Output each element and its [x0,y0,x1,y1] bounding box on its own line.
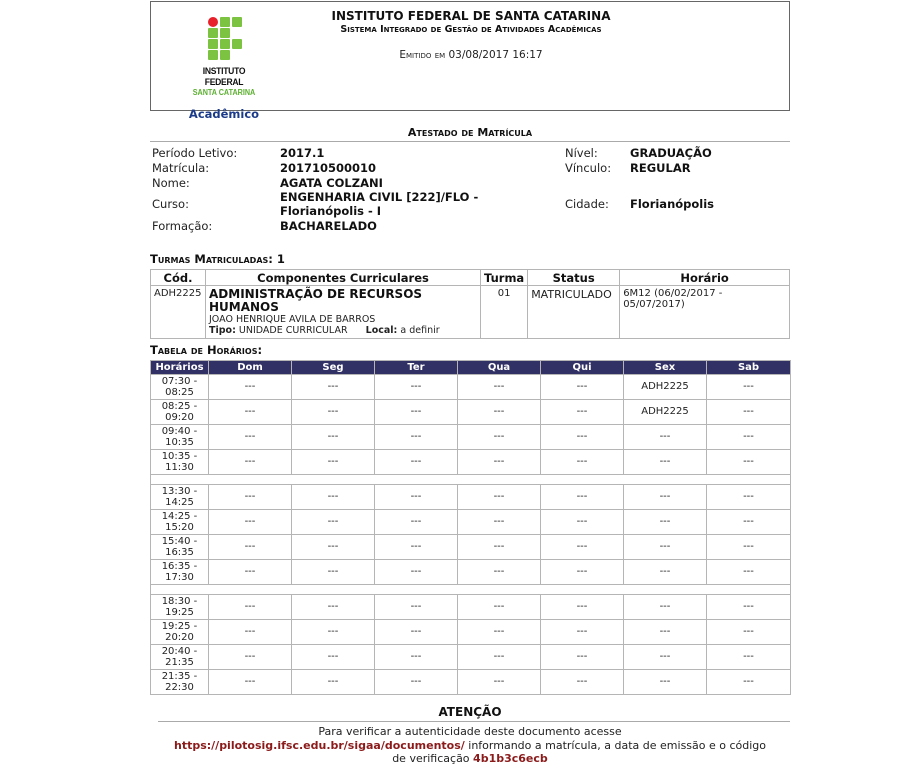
institution-title: INSTITUTO FEDERAL DE SANTA CATARINA [281,9,661,23]
cidade-label: Cidade: [565,197,609,212]
curso-value-line1: ENGENHARIA CIVIL [222]/FLO - [280,190,478,205]
schedule-cell: --- [292,645,375,670]
schedule-cell: --- [541,400,624,425]
tipo-value: UNIDADE CURRICULAR [239,325,348,336]
schedule-cell: --- [458,375,541,400]
time-slot-end: 21:35 [165,657,194,668]
attention-text: Para verificar a autenticidade deste doc… [150,725,790,766]
schedule-cell: --- [707,400,791,425]
schedule-cell: --- [707,670,791,695]
schedule-cell: --- [624,620,707,645]
schedule-cell: --- [541,560,624,585]
schedule-cell: --- [541,645,624,670]
schedule-cell: --- [375,375,458,400]
time-slot-end: 10:35 [165,437,194,448]
curso-value-line2: Florianópolis - I [280,204,381,219]
periodo-label: Período Letivo: [152,146,237,161]
turma-status: MATRICULADO [528,286,620,339]
system-title: Sistema Integrado de Gestão de Atividade… [261,24,681,35]
matricula-value: 201710500010 [280,161,376,176]
schedule-cell: --- [541,620,624,645]
schedule-cell: --- [707,450,791,475]
time-slot: 15:40 -16:35 [151,535,209,560]
ifsc-logo: INSTITUTO FEDERAL SANTA CATARINA Acadêmi… [179,17,269,121]
schedule-cell: ADH2225 [624,375,707,400]
table-row: 07:30 -08:25---------------ADH2225--- [151,375,791,400]
schedule-cell: --- [209,485,292,510]
schedule-cell: --- [624,485,707,510]
schedule-cell: --- [375,485,458,510]
schedule-cell: --- [707,595,791,620]
time-slot: 19:25 -20:20 [151,620,209,645]
time-slot-start: 15:40 - [162,536,198,547]
module-name: Acadêmico [179,107,269,121]
formacao-value: BACHARELADO [280,219,377,234]
attention-divider [158,721,790,722]
schedule-cell: --- [292,535,375,560]
schedule-cell: --- [541,485,624,510]
schedule-cell: --- [458,560,541,585]
schedule-cell: --- [541,375,624,400]
table-row: 13:30 -14:25--------------------- [151,485,791,510]
matricula-label: Matrícula: [152,161,209,176]
verification-code: 4b1b3c6ecb [473,752,548,765]
time-slot-end: 09:20 [165,412,194,423]
schedule-cell: --- [458,595,541,620]
schedule-cell: --- [541,425,624,450]
time-slot: 21:35 -22:30 [151,670,209,695]
col-componentes: Componentes Curriculares [206,270,481,286]
schedule-cell: --- [375,670,458,695]
col-day-qua: Qua [458,361,541,375]
document-header: INSTITUTO FEDERAL SANTA CATARINA Acadêmi… [150,1,790,111]
schedule-cell: --- [707,620,791,645]
col-horario: Horário [620,270,790,286]
emission-date: Emitido em 03/08/2017 16:17 [281,49,661,61]
schedule-cell: --- [375,510,458,535]
vinculo-value: REGULAR [630,161,691,176]
local-value: a definir [400,325,439,336]
schedule-cell: --- [209,450,292,475]
schedule-cell: --- [707,375,791,400]
table-row: ADH2225 ADMINISTRAÇÃO DE RECURSOS HUMANO… [151,286,790,339]
local-label: Local: [366,325,398,336]
table-row: 20:40 -21:35--------------------- [151,645,791,670]
schedule-gap-row [151,475,791,485]
turmas-table: Cód. Componentes Curriculares Turma Stat… [150,269,790,339]
schedule-cell: --- [375,425,458,450]
schedule-table: HoráriosDomSegTerQuaQuiSexSab 07:30 -08:… [150,360,791,695]
nivel-label: Nível: [565,146,598,161]
table-row: 16:35 -17:30--------------------- [151,560,791,585]
schedule-gap-cell [151,475,791,485]
schedule-cell: --- [292,400,375,425]
ifsc-logo-icon [208,17,243,61]
time-slot-end: 16:35 [165,547,194,558]
schedule-cell: --- [458,645,541,670]
time-slot-start: 14:25 - [162,511,198,522]
schedule-cell: --- [292,375,375,400]
schedule-cell: --- [209,510,292,535]
schedule-cell: --- [624,535,707,560]
time-slot: 14:25 -15:20 [151,510,209,535]
schedule-cell: --- [375,645,458,670]
table-row: 21:35 -22:30--------------------- [151,670,791,695]
time-slot-start: 19:25 - [162,621,198,632]
schedule-cell: --- [292,595,375,620]
schedule-cell: --- [458,400,541,425]
schedule-cell: --- [624,425,707,450]
schedule-cell: --- [707,485,791,510]
cidade-value: Florianópolis [630,197,714,212]
table-row: 08:25 -09:20---------------ADH2225--- [151,400,791,425]
schedule-cell: --- [541,595,624,620]
time-slot-end: 11:30 [165,462,194,473]
time-slot-end: 08:25 [165,387,194,398]
periodo-value: 2017.1 [280,146,324,161]
logo-institution-sub: SANTA CATARINA [184,88,265,97]
schedule-cell: --- [624,645,707,670]
schedule-cell: --- [209,425,292,450]
schedule-cell: ADH2225 [624,400,707,425]
schedule-cell: --- [292,425,375,450]
time-slot: 09:40 -10:35 [151,425,209,450]
turma-horario: 6M12 (06/02/2017 - 05/07/2017) [620,286,790,339]
col-horarios: Horários [151,361,209,375]
componente-meta: Tipo: UNIDADE CURRICULAR Local: a defini… [209,325,477,336]
time-slot: 16:35 -17:30 [151,560,209,585]
table-row: 09:40 -10:35--------------------- [151,425,791,450]
turma-componente: ADMINISTRAÇÃO DE RECURSOS HUMANOS JOAO H… [206,286,481,339]
col-day-sab: Sab [707,361,791,375]
turma-numero: 01 [481,286,528,339]
table-row: 18:30 -19:25--------------------- [151,595,791,620]
schedule-cell: --- [209,400,292,425]
schedule-cell: --- [375,535,458,560]
schedule-cell: --- [375,595,458,620]
curso-label: Curso: [152,197,189,212]
schedule-cell: --- [209,560,292,585]
schedule-cell: --- [707,510,791,535]
schedule-cell: --- [292,560,375,585]
schedule-cell: --- [375,400,458,425]
time-slot: 20:40 -21:35 [151,645,209,670]
schedule-cell: --- [624,450,707,475]
schedule-cell: --- [458,425,541,450]
schedule-header-row: HoráriosDomSegTerQuaQuiSexSab [151,361,791,375]
col-status: Status [528,270,620,286]
turmas-header-row: Cód. Componentes Curriculares Turma Stat… [151,270,790,286]
schedule-cell: --- [292,510,375,535]
schedule-gap-row [151,585,791,595]
tipo-label: Tipo: [209,325,236,336]
formacao-label: Formação: [152,219,212,234]
schedule-cell: --- [458,535,541,560]
schedule-title: Tabela de Horários: [150,343,262,357]
time-slot-start: 08:25 - [162,401,198,412]
turmas-title: Turmas Matriculadas: 1 [150,252,285,266]
table-row: 15:40 -16:35--------------------- [151,535,791,560]
schedule-cell: --- [375,560,458,585]
schedule-cell: --- [624,510,707,535]
time-slot: 07:30 -08:25 [151,375,209,400]
schedule-cell: --- [458,510,541,535]
schedule-cell: --- [209,595,292,620]
schedule-cell: --- [292,450,375,475]
col-day-qui: Qui [541,361,624,375]
time-slot-start: 20:40 - [162,646,198,657]
schedule-cell: --- [209,375,292,400]
col-day-dom: Dom [209,361,292,375]
time-slot-start: 07:30 - [162,376,198,387]
schedule-cell: --- [209,535,292,560]
schedule-cell: --- [209,645,292,670]
time-slot: 08:25 -09:20 [151,400,209,425]
schedule-cell: --- [292,620,375,645]
col-turma: Turma [481,270,528,286]
verification-url-link[interactable]: https://pilotosig.ifsc.edu.br/sigaa/docu… [174,739,465,752]
document-title: Atestado de Matrícula [150,126,790,142]
time-slot-start: 21:35 - [162,671,198,682]
schedule-cell: --- [624,595,707,620]
schedule-cell: --- [707,535,791,560]
time-slot-end: 19:25 [165,607,194,618]
schedule-cell: --- [375,450,458,475]
componente-name: ADMINISTRAÇÃO DE RECURSOS HUMANOS [209,288,477,314]
schedule-cell: --- [458,485,541,510]
vinculo-label: Vínculo: [565,161,611,176]
nivel-value: GRADUAÇÃO [630,146,712,161]
col-day-ter: Ter [375,361,458,375]
time-slot: 13:30 -14:25 [151,485,209,510]
schedule-cell: --- [541,510,624,535]
time-slot-start: 16:35 - [162,561,198,572]
schedule-cell: --- [209,620,292,645]
logo-institution-name: INSTITUTO FEDERAL [184,66,265,88]
time-slot-end: 20:20 [165,632,194,643]
schedule-cell: --- [375,620,458,645]
schedule-cell: --- [707,645,791,670]
col-day-seg: Seg [292,361,375,375]
schedule-cell: --- [209,670,292,695]
schedule-cell: --- [458,450,541,475]
schedule-cell: --- [624,670,707,695]
schedule-cell: --- [458,620,541,645]
schedule-cell: --- [541,450,624,475]
schedule-cell: --- [458,670,541,695]
time-slot-end: 15:20 [165,522,194,533]
table-row: 10:35 -11:30--------------------- [151,450,791,475]
attention-line2: informando a matrícula, a data de emissã… [465,739,766,752]
table-row: 14:25 -15:20--------------------- [151,510,791,535]
table-row: 19:25 -20:20--------------------- [151,620,791,645]
attention-line1: Para verificar a autenticidade deste doc… [318,725,621,738]
nome-value: AGATA COLZANI [280,176,383,191]
schedule-cell: --- [292,485,375,510]
schedule-gap-cell [151,585,791,595]
schedule-cell: --- [541,535,624,560]
time-slot-start: 09:40 - [162,426,198,437]
componente-professor: JOAO HENRIQUE AVILA DE BARROS [209,314,477,325]
schedule-cell: --- [624,560,707,585]
time-slot: 18:30 -19:25 [151,595,209,620]
time-slot-start: 10:35 - [162,451,198,462]
col-day-sex: Sex [624,361,707,375]
schedule-cell: --- [707,425,791,450]
time-slot-end: 17:30 [165,572,194,583]
time-slot-start: 13:30 - [162,486,198,497]
time-slot-start: 18:30 - [162,596,198,607]
time-slot-end: 22:30 [165,682,194,693]
time-slot: 10:35 -11:30 [151,450,209,475]
time-slot-end: 14:25 [165,497,194,508]
turma-codigo: ADH2225 [151,286,206,339]
attention-line3: de verificação [392,752,473,765]
schedule-cell: --- [292,670,375,695]
col-codigo: Cód. [151,270,206,286]
schedule-cell: --- [541,670,624,695]
nome-label: Nome: [152,176,190,191]
attention-title: ATENÇÃO [150,705,790,719]
schedule-cell: --- [707,560,791,585]
